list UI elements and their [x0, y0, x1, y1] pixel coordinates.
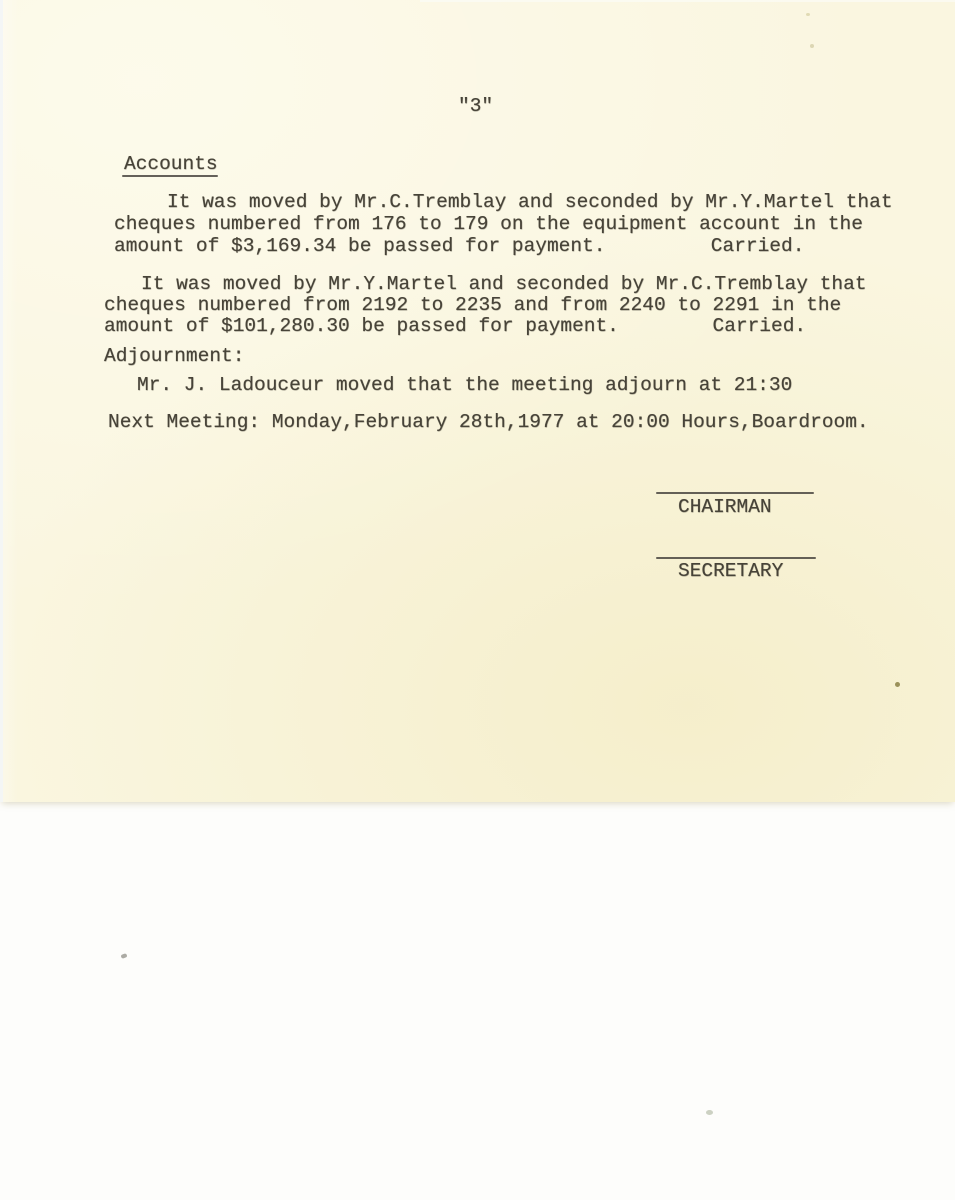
scan-speck: [120, 953, 127, 959]
scan-speck: [706, 1110, 713, 1115]
secretary-signature-label: SECRETARY: [678, 561, 783, 581]
accounts-heading-underline: [122, 175, 218, 177]
scan-speck: [810, 44, 814, 48]
chairman-signature-label: CHAIRMAN: [678, 497, 772, 517]
motion1-line: It was moved by Mr.C.Tremblay and second…: [167, 192, 893, 212]
adjournment-heading: Adjournment:: [104, 346, 244, 366]
motion2-line: amount of $101,280.30 be passed for paym…: [104, 316, 806, 336]
motion1-line: cheques numbered from 176 to 179 on the …: [114, 214, 863, 234]
chairman-signature-rule: [656, 492, 814, 494]
accounts-heading: Accounts: [124, 154, 218, 174]
motion2-line: cheques numbered from 2192 to 2235 and f…: [104, 295, 841, 315]
adjournment-text: Mr. J. Ladouceur moved that the meeting …: [137, 375, 792, 395]
next-meeting-text: Next Meeting: Monday,February 28th,1977 …: [108, 412, 869, 432]
paper-left-edge: [0, 0, 3, 802]
motion1-line: amount of $3,169.34 be passed for paymen…: [114, 236, 804, 256]
scan-speck: [806, 13, 810, 16]
motion2-line: It was moved by Mr.Y.Martel and seconded…: [141, 274, 867, 294]
page-number: "3": [458, 96, 493, 116]
paper-top-edge: [420, 0, 955, 2]
secretary-signature-rule: [656, 557, 816, 559]
paper-sheet: [0, 0, 955, 802]
scan-speck: [895, 682, 900, 687]
scanned-document: "3" Accounts It was moved by Mr.C.Trembl…: [0, 0, 955, 1200]
